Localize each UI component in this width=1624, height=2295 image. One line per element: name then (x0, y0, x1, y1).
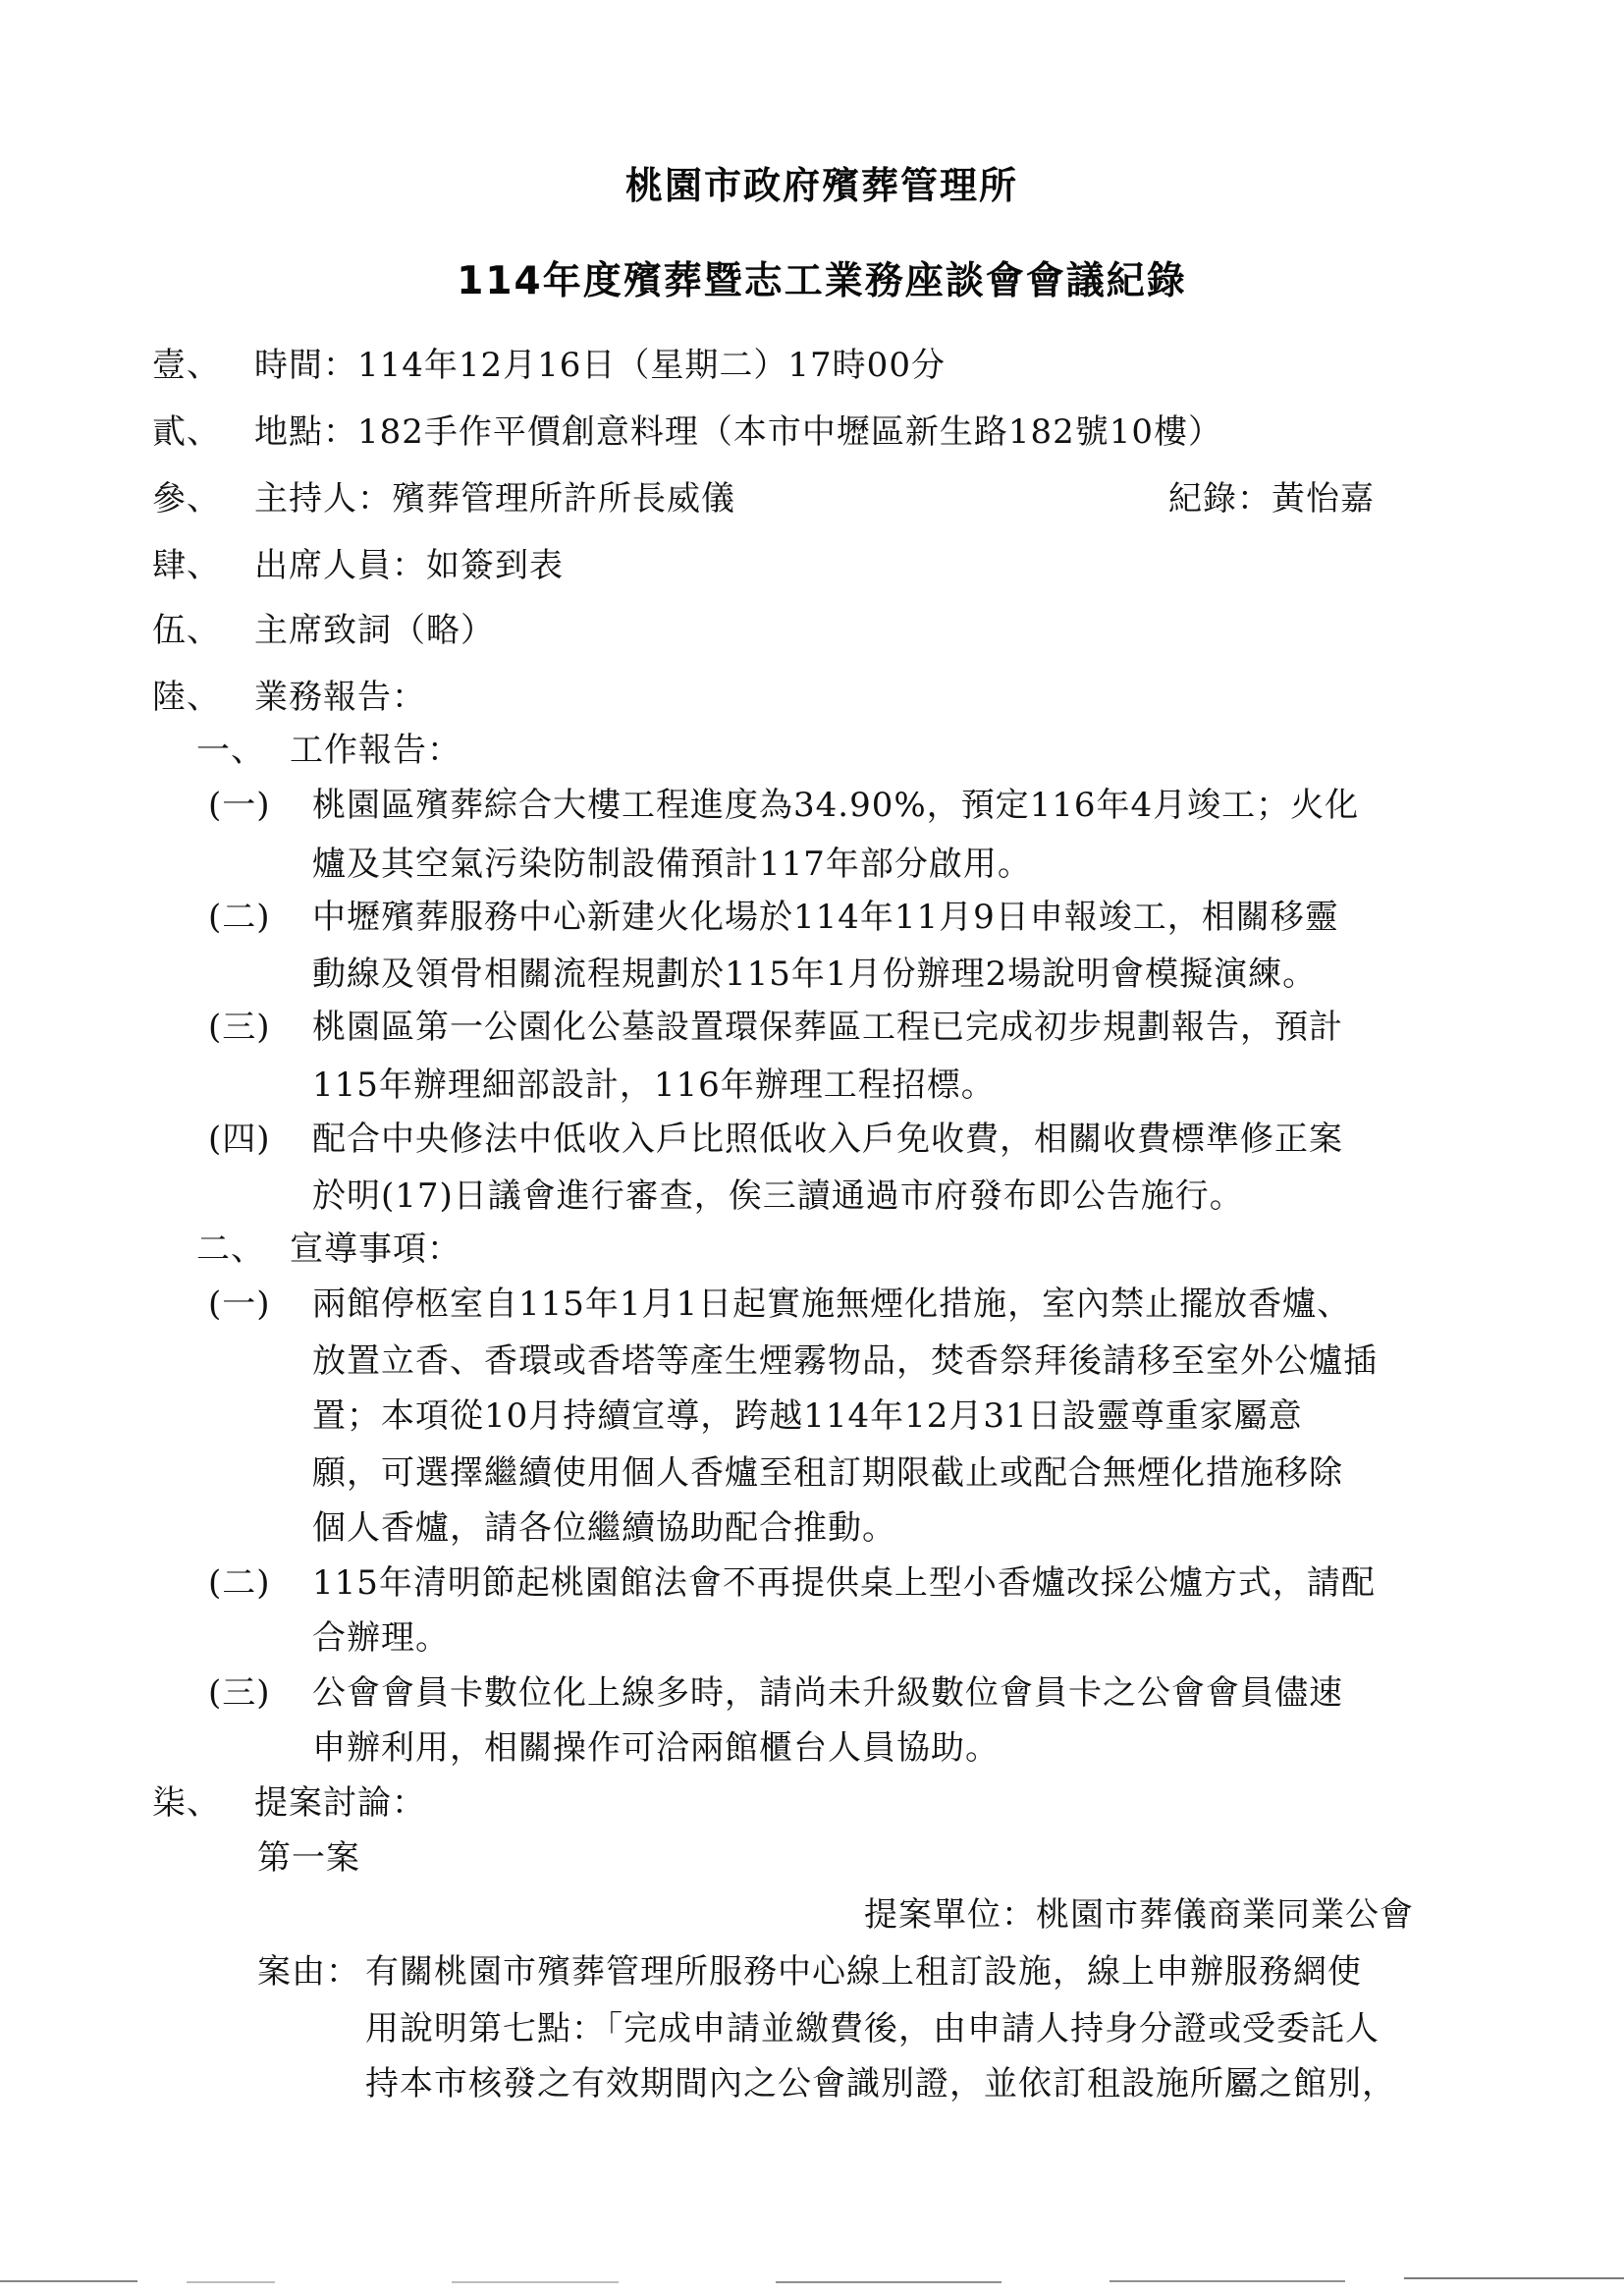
section-number: 壹、 (152, 344, 254, 387)
subsection-number: 二、 (196, 1228, 290, 1271)
subsection-title: 宣導事項： (290, 1229, 461, 1269)
section-number: 貳、 (152, 410, 254, 454)
meeting-title: 114年度殯葬暨志工業務座談會會議紀錄 (10, 250, 1624, 305)
proposer-unit: 提案單位：桃園市葬儀商業同業公會 (864, 1893, 1414, 1937)
work-item-line: 配合中央修法中低收入戶比照低收入戶免收費，相關收費標準修正案 (312, 1118, 1343, 1161)
section-chair-speech: 伍、主席致詞（略） (152, 609, 495, 652)
scan-artifact (187, 2281, 275, 2283)
promo-item-line: 兩館停柩室自115年1月1日起實施無煙化措施，室內禁止擺放香爐、 (312, 1283, 1351, 1326)
case-reason-line: 有關桃園市殯葬管理所服務中心線上租訂設施，線上申辦服務網使 (365, 1950, 1362, 1994)
section-text: 時間：114年12月16日（星期二）17時00分 (254, 346, 946, 385)
org-title: 桃園市政府殯葬管理所 (10, 155, 1624, 209)
promo-item-num: (三) (208, 1671, 271, 1715)
work-report-heading: 一、工作報告： (196, 729, 461, 772)
section-text: 提案討論： (254, 1783, 426, 1823)
work-item-num: (二) (208, 896, 271, 939)
work-item-line: 動線及領骨相關流程規劃於115年1月份辦理2場說明會模擬演練。 (312, 953, 1317, 996)
section-number: 肆、 (152, 544, 254, 587)
recorder: 紀錄：黃怡嘉 (1168, 477, 1375, 520)
section-host: 參、主持人：殯葬管理所許所長威儀 (152, 477, 735, 520)
scan-artifact (1404, 2277, 1624, 2279)
promo-item-line: 放置立香、香環或香塔等產生煙霧物品，焚香祭拜後請移至室外公爐插 (312, 1339, 1378, 1383)
work-item-line: 桃園區第一公園化公墓設置環保葬區工程已完成初步規劃報告，預計 (312, 1006, 1343, 1049)
section-number: 柒、 (152, 1781, 254, 1825)
work-item-num: (四) (208, 1118, 271, 1161)
scanned-document-page: 桃園市政府殯葬管理所 114年度殯葬暨志工業務座談會會議紀錄 壹、時間：114年… (0, 0, 1624, 2295)
section-text: 業務報告： (254, 678, 426, 717)
section-text: 出席人員：如簽到表 (254, 546, 564, 585)
case-title: 第一案 (257, 1836, 360, 1880)
proposals-heading: 柒、提案討論： (152, 1781, 426, 1825)
case-reason-label: 案由： (257, 1950, 360, 1994)
promo-item-line: 合辦理。 (312, 1616, 450, 1660)
section-number: 參、 (152, 477, 254, 520)
promo-item-num: (一) (208, 1283, 271, 1326)
case-reason-line: 持本市核發之有效期間內之公會識別證，並依訂租設施所屬之館別， (365, 2062, 1396, 2105)
case-reason-line: 用說明第七點：「完成申請並繳費後，由申請人持身分證或受委託人 (365, 2007, 1380, 2050)
scan-artifact (1110, 2280, 1345, 2282)
subsection-number: 一、 (196, 729, 290, 772)
section-business-report: 陸、業務報告： (152, 676, 426, 719)
promo-item-line: 115年清明節起桃園館法會不再提供桌上型小香爐改採公爐方式，請配 (312, 1561, 1376, 1605)
work-item-num: (一) (208, 784, 271, 827)
promo-item-line: 願，可選擇繼續使用個人香爐至租訂期限截止或配合無煙化措施移除 (312, 1451, 1343, 1495)
promo-item-line: 置；本項從10月持續宣導，跨越114年12月31日設靈尊重家屬意 (312, 1394, 1303, 1438)
work-item-line: 於明(17)日議會進行審查，俟三讀通過市府發布即公告施行。 (312, 1175, 1244, 1218)
section-text: 主席致詞（略） (254, 611, 495, 650)
promo-item-line: 個人香爐，請各位繼續協助配合推動。 (312, 1506, 896, 1550)
scan-artifact (452, 2281, 619, 2283)
work-item-line: 桃園區殯葬綜合大樓工程進度為34.90%，預定116年4月竣工；火化 (312, 784, 1359, 827)
promo-item-line: 申辦利用，相關操作可洽兩館櫃台人員協助。 (312, 1726, 1000, 1770)
promo-item-num: (二) (208, 1561, 271, 1605)
section-attendees: 肆、出席人員：如簽到表 (152, 544, 564, 587)
promotion-heading: 二、宣導事項： (196, 1228, 461, 1271)
subsection-title: 工作報告： (290, 731, 461, 770)
work-item-line: 中壢殯葬服務中心新建火化場於114年11月9日申報竣工，相關移靈 (312, 896, 1339, 939)
work-item-num: (三) (208, 1006, 271, 1049)
section-time: 壹、時間：114年12月16日（星期二）17時00分 (152, 344, 946, 387)
scan-artifact (0, 2280, 137, 2282)
section-number: 陸、 (152, 676, 254, 719)
work-item-line: 爐及其空氣污染防制設備預計117年部分啟用。 (312, 843, 1032, 886)
promo-item-line: 公會會員卡數位化上線多時，請尚未升級數位會員卡之公會會員儘速 (312, 1671, 1343, 1715)
section-location: 貳、地點：182手作平價創意料理（本市中壢區新生路182號10樓） (152, 410, 1222, 454)
work-item-line: 115年辦理細部設計，116年辦理工程招標。 (312, 1064, 996, 1107)
section-text: 地點：182手作平價創意料理（本市中壢區新生路182號10樓） (254, 412, 1222, 452)
section-text: 主持人：殯葬管理所許所長威儀 (254, 479, 735, 519)
section-number: 伍、 (152, 609, 254, 652)
scan-artifact (776, 2281, 1001, 2283)
